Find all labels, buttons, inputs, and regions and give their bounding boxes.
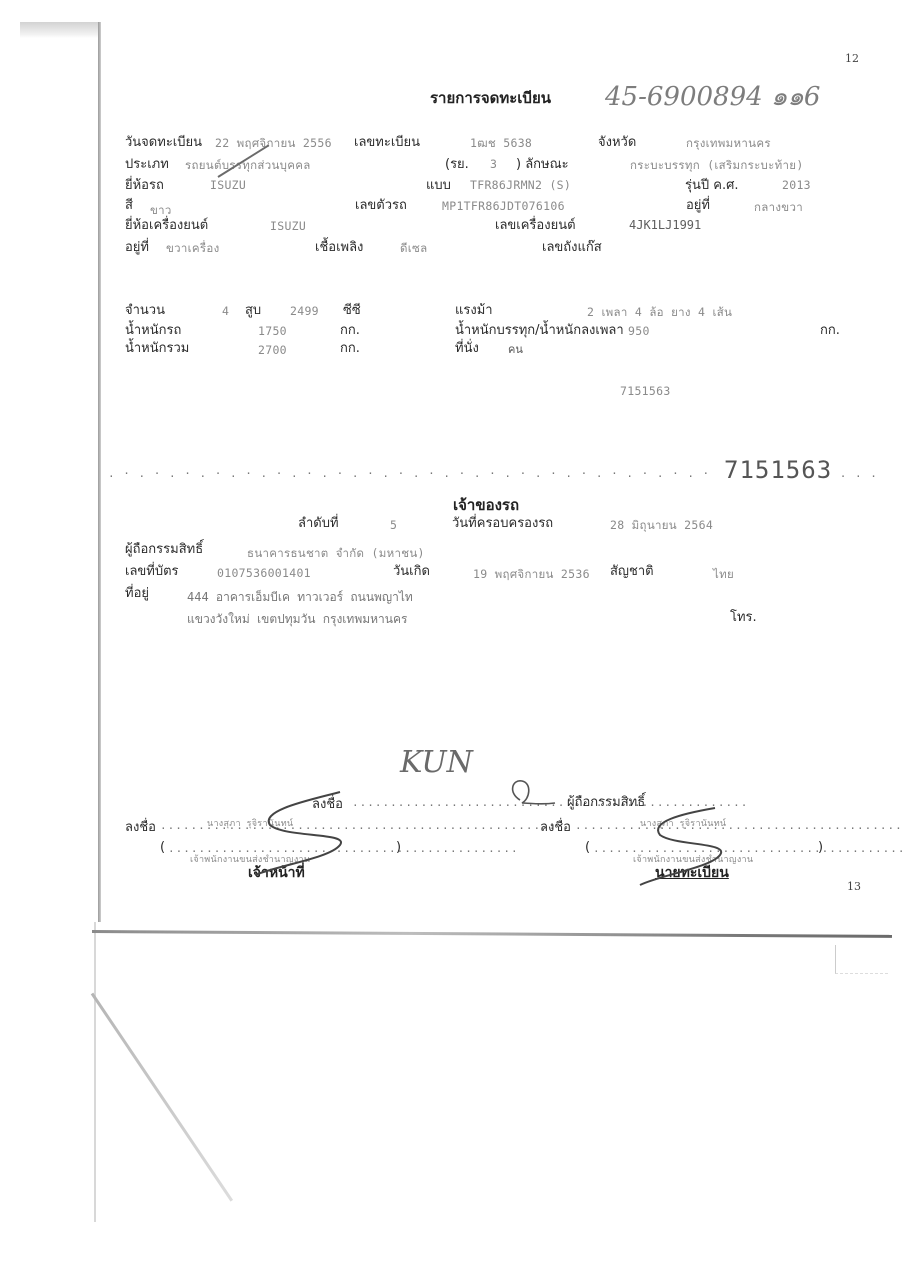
scan-corner-shadow [20,22,100,38]
gas-tank-label: เลขถังแก๊ส [542,236,602,257]
brand-label: ยี่ห้อรถ [125,174,164,195]
address-line-2: แขวงวังใหม่ เขตปทุมวัน กรุงเทพมหานคร [187,610,407,629]
gross-weight-unit: กก. [340,337,360,358]
reg-date-label: วันจดทะเบียน [125,131,202,152]
page-left-edge [98,22,101,922]
chassis-location-label: อยู่ที่ [686,194,710,215]
cylinder-label: จำนวน [125,299,165,320]
chassis-label: เลขตัวรถ [355,194,407,215]
model-year-value: 2013 [782,178,811,192]
phone-label: โทร. [730,606,757,627]
registration-title: รายการจดทะเบียน [430,86,551,110]
horsepower-label: แรงม้า [455,299,493,320]
reference-number: 7151563 [620,384,671,398]
fuel-value: ดีเซล [400,240,427,258]
color-label: สี [125,194,133,215]
address-label: ที่อยู่ [125,582,149,603]
holder-initial-scribble [500,775,560,815]
brand-value: ISUZU [210,178,246,192]
weight-value: 1750 [258,324,287,338]
id-value: 0107536001401 [217,566,311,580]
seats-unit: คน [508,340,523,358]
nationality-label: สัญชาติ [610,560,654,581]
reg-date-value: 22 พฤศจิกายน 2556 [215,135,332,153]
birth-date-value: 19 พฤศจิกายน 2536 [473,566,590,584]
address-line-1: 444 อาคารเอ็มบีเค ทาวเวอร์ ถนนพญาไท [187,588,413,607]
type-value: รถยนต์บรรทุกส่วนบุคคล [185,157,311,175]
page-corner-mark [835,945,888,974]
body-style-value: กระบะบรรทุก (เสริมกระบะท้าย) [630,157,804,175]
ry-label: (รย. [445,153,469,174]
page-number-bottom: 13 [847,880,861,893]
page-fold-line [92,930,892,938]
engine-brand-value: ISUZU [270,219,306,233]
holder-signature: KUN [400,745,473,780]
type-label: ประเภท [125,153,169,174]
model-value: TFR86JRMN2 (S) [470,178,571,192]
left-paren-close: ) [396,840,401,855]
province-value: กรุงเทพมหานคร [686,135,771,153]
seats-label: ที่นั่ง [455,337,479,358]
engine-number-label: เลขเครื่องยนต์ [495,214,576,235]
officer-signature-scribble [240,780,380,880]
order-value: 5 [390,518,397,532]
cc-value: 2499 [290,304,319,318]
gross-weight-value: 2700 [258,343,287,357]
holder-label: ผู้ถือกรรมสิทธิ์ [125,538,203,559]
load-unit: กก. [820,319,840,340]
load-label: น้ำหนักบรรทุก/น้ำหนักลงเพลา [455,319,624,340]
page-number-top: 12 [845,52,859,65]
model-year-label: รุ่นปี ค.ศ. [685,174,738,195]
plate-value: 1ฒช 5638 [470,135,532,153]
engine-location-label: อยู่ที่ [125,236,149,257]
left-sign-label: ลงชื่อ [125,816,156,837]
right-paren-open: ( [585,840,590,855]
registrar-signature-scribble [620,780,750,890]
right-paren-close: ) [818,840,823,855]
id-label: เลขที่บัตร [125,560,179,581]
nationality-value: ไทย [713,566,734,584]
possession-date-label: วันที่ครอบครองรถ [452,512,553,533]
cc-label: ซีซี [343,299,361,320]
plate-label: เลขทะเบียน [354,131,420,152]
engine-number-value: 4JK1LJ1991 [629,218,701,232]
page-left-edge-lower [94,922,96,1222]
ry-value: 3 [490,157,497,171]
cylinder-unit: สูบ [245,299,261,320]
engine-brand-label: ยี่ห้อเครื่องยนต์ [125,214,208,235]
order-label: ลำดับที่ [298,512,339,533]
chassis-location-value: กลางขวา [754,199,803,217]
gross-weight-label: น้ำหนักรวม [125,337,189,358]
model-label: แบบ [426,174,451,195]
left-paren-open: ( [160,840,165,855]
handwritten-note: 45-6900894 ๑๑6 [605,76,820,117]
right-sign-label: ลงชื่อ [540,816,571,837]
divider-stamp-number: 7151563 [718,456,838,484]
fuel-label: เชื้อเพลิง [315,236,363,257]
load-value: 950 [628,324,650,338]
engine-location-value: ขวาเครื่อง [166,240,220,258]
cylinder-count-value: 4 [222,304,229,318]
chassis-value: MP1TFR86JDT076106 [442,199,565,213]
body-style-label: ) ลักษณะ [516,153,569,174]
birth-date-label: วันเกิด [393,560,430,581]
paper-crease [91,993,233,1202]
possession-date-value: 28 มิถุนายน 2564 [610,517,713,535]
province-label: จังหวัด [598,131,636,152]
